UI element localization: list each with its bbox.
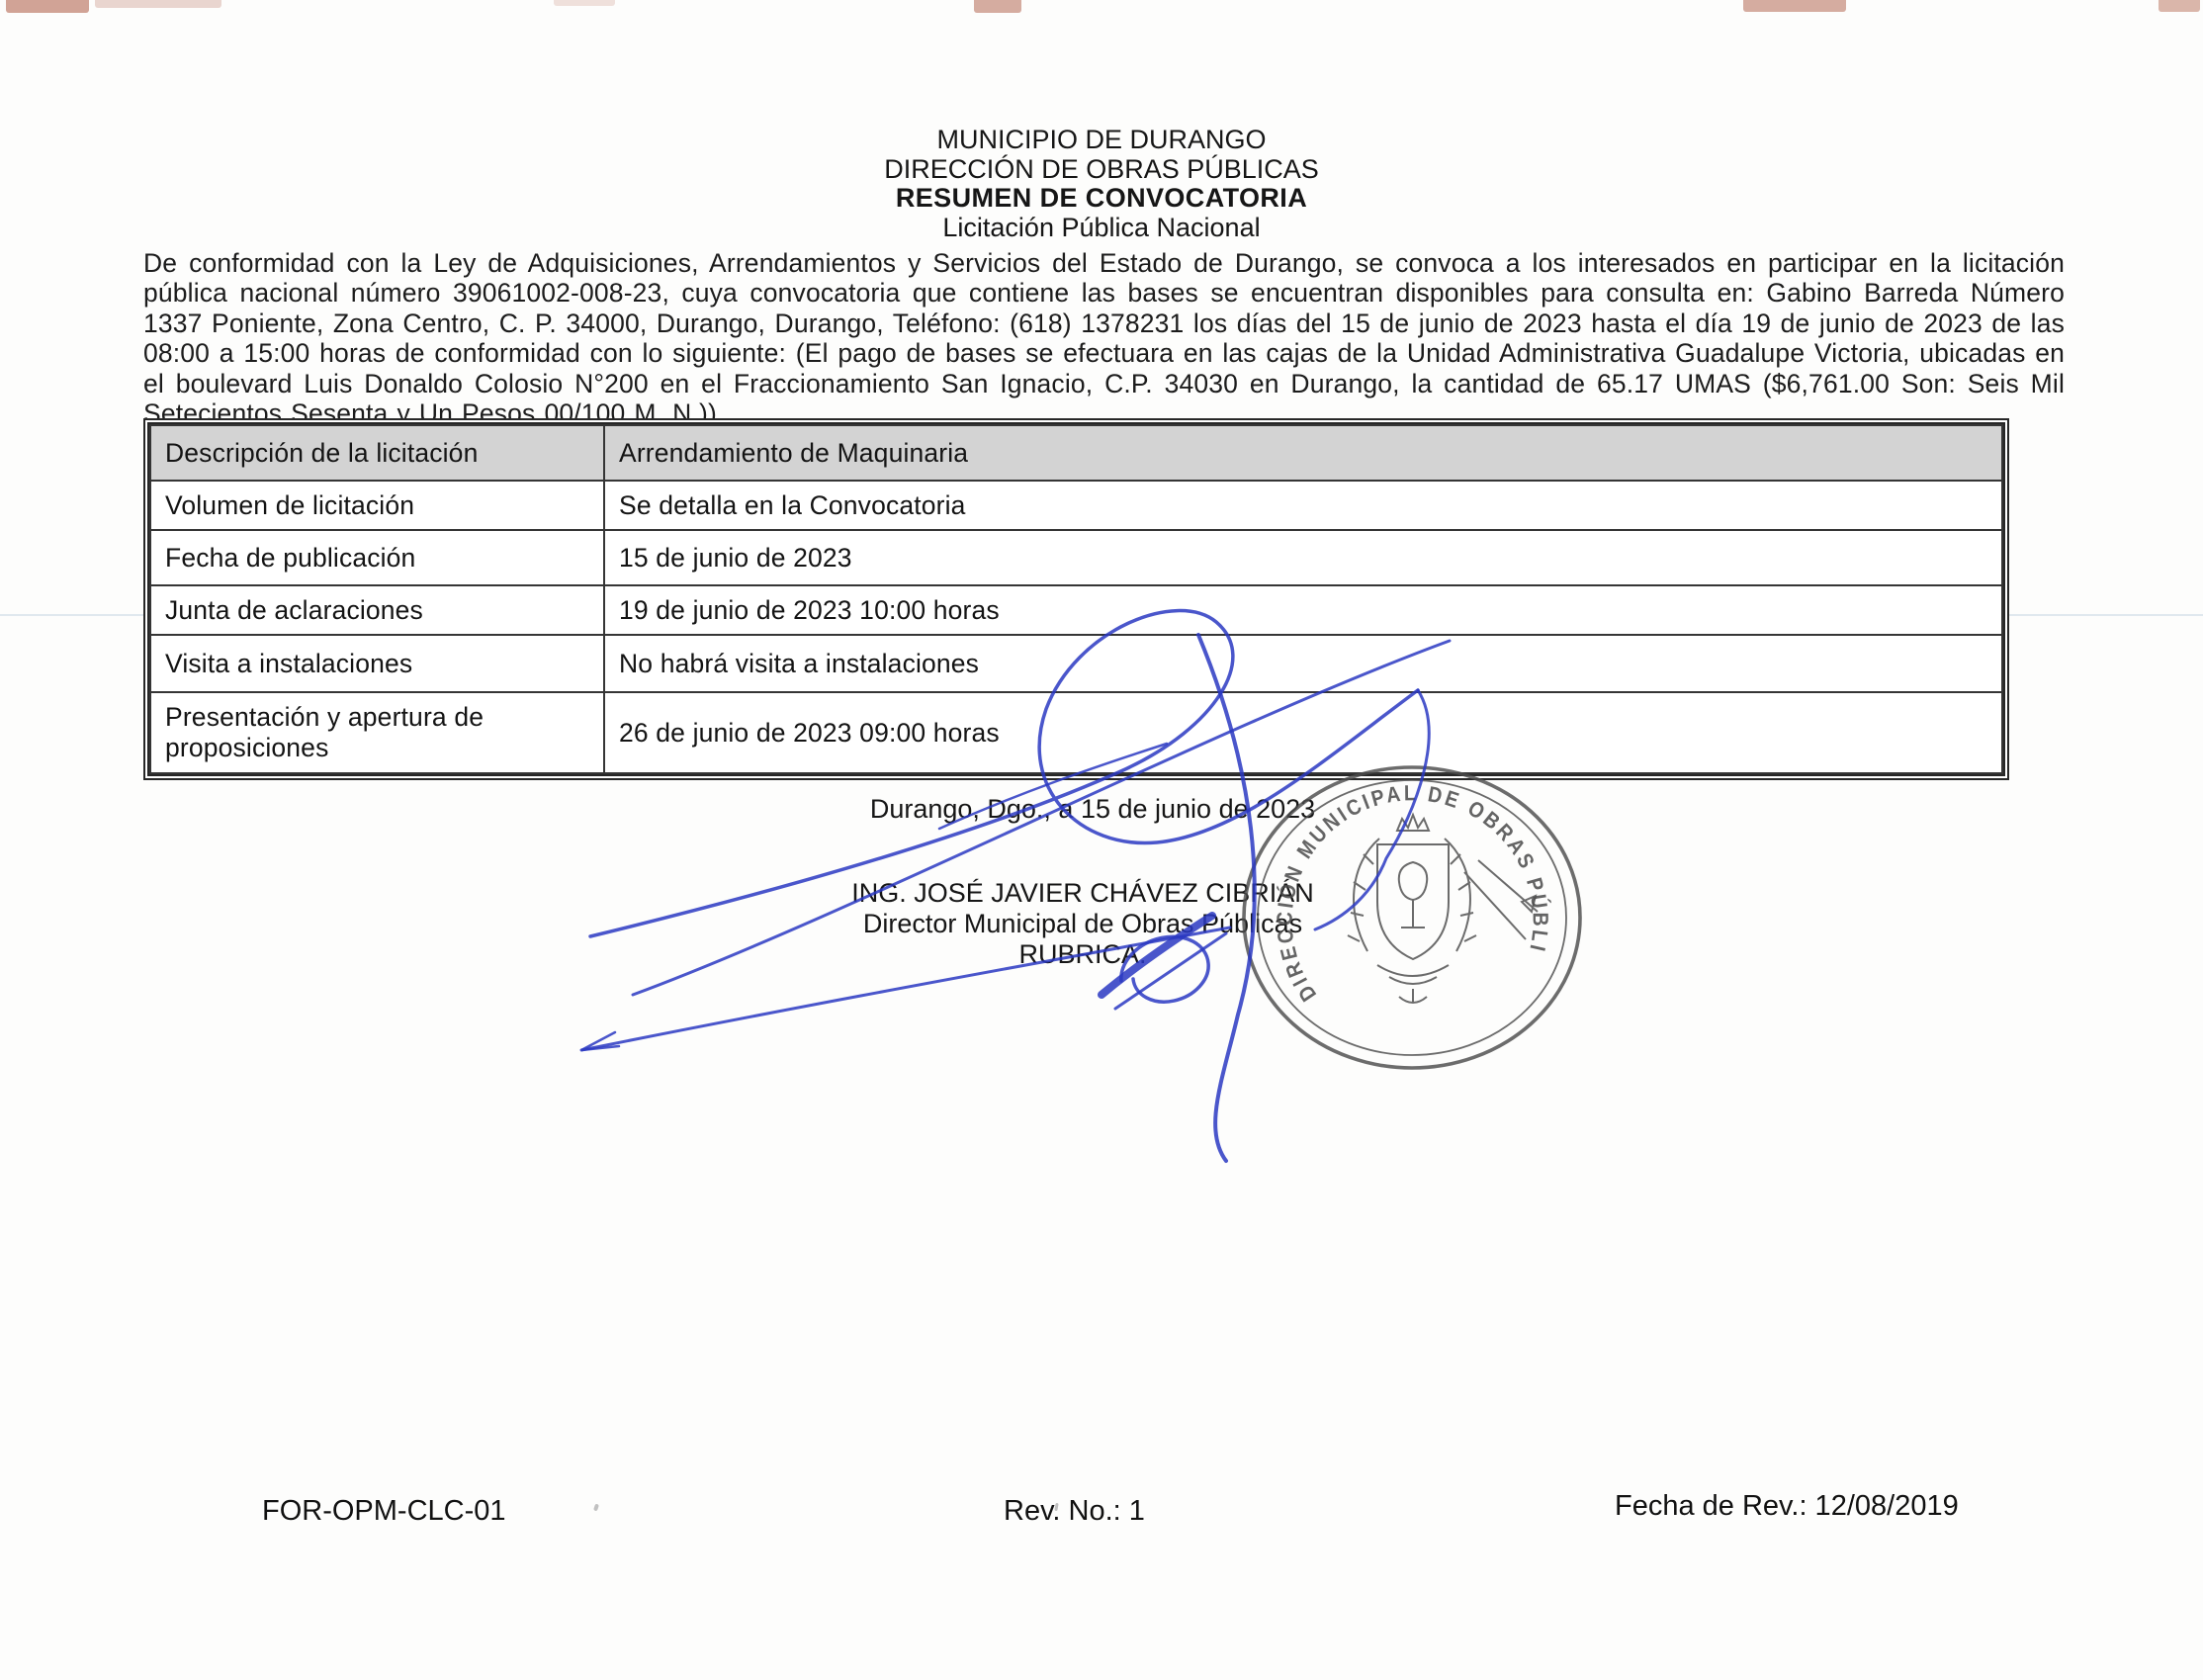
handwritten-signature <box>581 611 1450 1161</box>
footer-revision-date: Fecha de Rev.: 12/08/2019 <box>1615 1490 1959 1523</box>
footer-revision-no: Rev. No.: 1 <box>1004 1495 1145 1528</box>
official-seal-icon: DIRECCIÓN MUNICIPAL DE OBRAS PÚBLICAS <box>1191 712 1580 1068</box>
scanned-document-page: MUNICIPIO DE DURANGO DIRECCIÓN DE OBRAS … <box>0 0 2203 1680</box>
ink-overlay: DIRECCIÓN MUNICIPAL DE OBRAS PÚBLICAS <box>0 0 2203 1680</box>
footer-form-code: FOR-OPM-CLC-01 <box>262 1495 506 1528</box>
